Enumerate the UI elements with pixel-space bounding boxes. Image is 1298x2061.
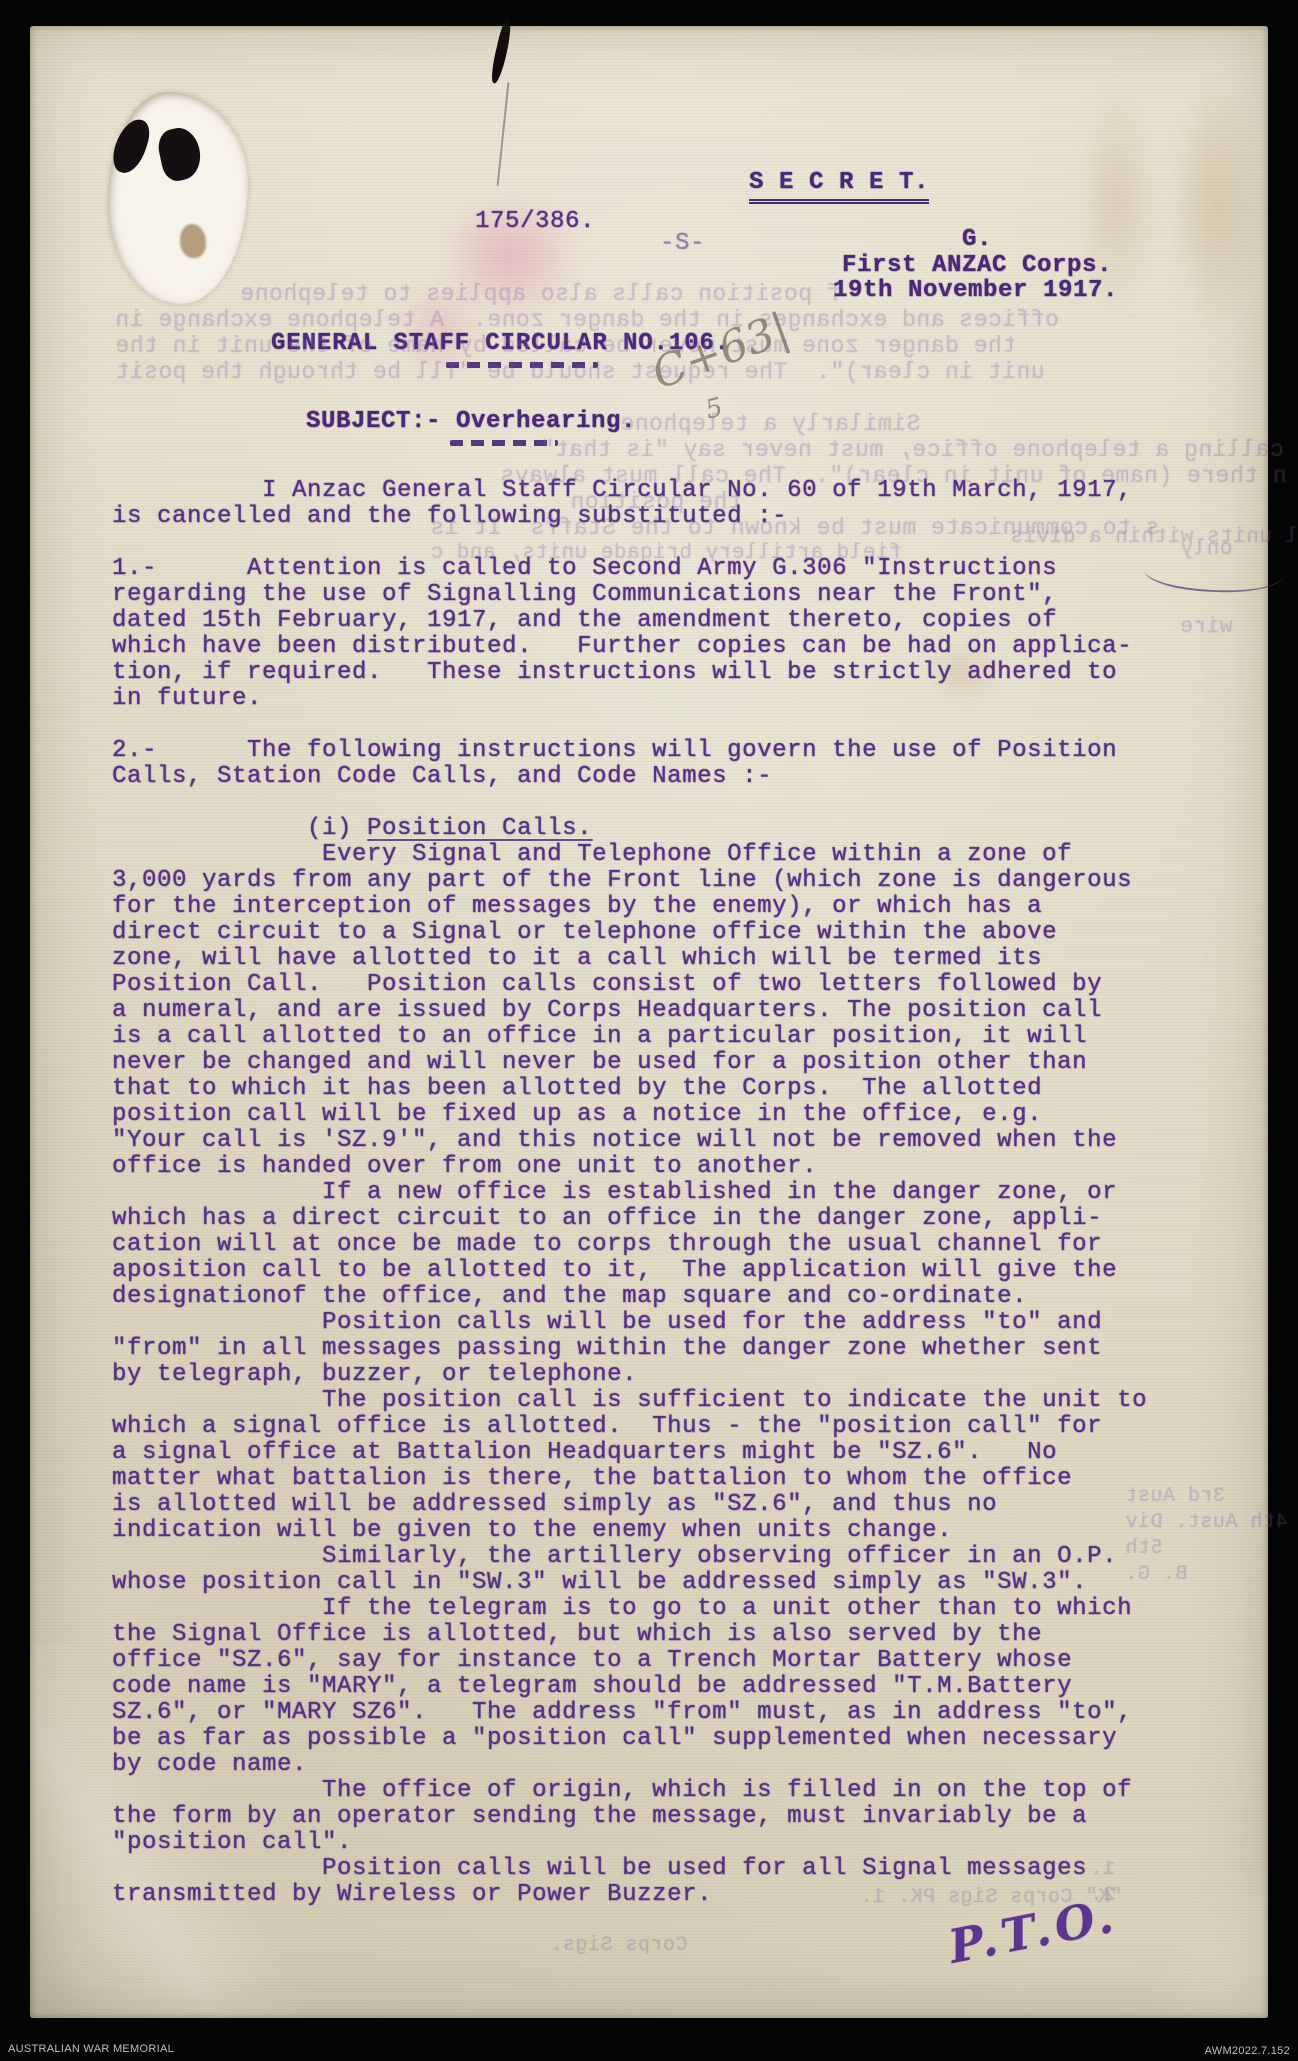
- bleed-through-text: wire: [1180, 616, 1232, 639]
- position-calls-heading-underline: [367, 839, 593, 841]
- document-body: I Anzac General Staff Circular No. 60 of…: [112, 478, 1147, 1908]
- paper-tear-line: [497, 82, 510, 186]
- bleed-through-text: Similarly a telephone: [620, 411, 920, 437]
- unit-name: First ANZAC Corps.: [842, 252, 1112, 279]
- paper-tear-hole: [108, 92, 248, 304]
- branch-letter: G.: [962, 226, 992, 253]
- reference-number: 175/386.: [475, 208, 595, 235]
- pencil-annotation-small: 5: [703, 392, 726, 425]
- classification-stamp: S E C R E T.: [749, 169, 929, 204]
- pen-flourish: [1143, 543, 1287, 602]
- page-mark: -S-: [660, 230, 705, 257]
- pencil-annotation: C+63|: [646, 303, 796, 399]
- bleed-through-text: Corps Sigs.: [550, 1934, 688, 1957]
- tear-brown-spot: [180, 224, 206, 258]
- document-date: 19th November 1917.: [833, 277, 1118, 304]
- catalog-number-label: AWM2022.7.152: [1205, 2045, 1290, 2057]
- tear-dark-spot: [155, 124, 205, 183]
- title-underline: [446, 362, 598, 368]
- bleed-through-text: 4th Aust. Div: [1125, 1511, 1288, 1534]
- bleed-through-text: only: [1180, 538, 1232, 561]
- scanned-document-page: S E C R E T. 175/386. -S- G. First ANZAC…: [0, 0, 1298, 2061]
- paper-tear-slash: [489, 18, 515, 85]
- archive-name-label: AUSTRALIAN WAR MEMORIAL: [8, 2043, 174, 2055]
- bleed-through-text: , calling a telephone office, must never…: [540, 437, 1298, 463]
- bleed-through-text: f position calls also applies to telepho…: [240, 281, 841, 307]
- tear-dark-spot: [108, 115, 154, 178]
- subject-line: SUBJECT:- Overhearing.: [306, 408, 636, 435]
- paper-sheet: S E C R E T. 175/386. -S- G. First ANZAC…: [30, 26, 1268, 2018]
- tan-stain: [1170, 76, 1260, 331]
- subject-underline: [450, 440, 558, 446]
